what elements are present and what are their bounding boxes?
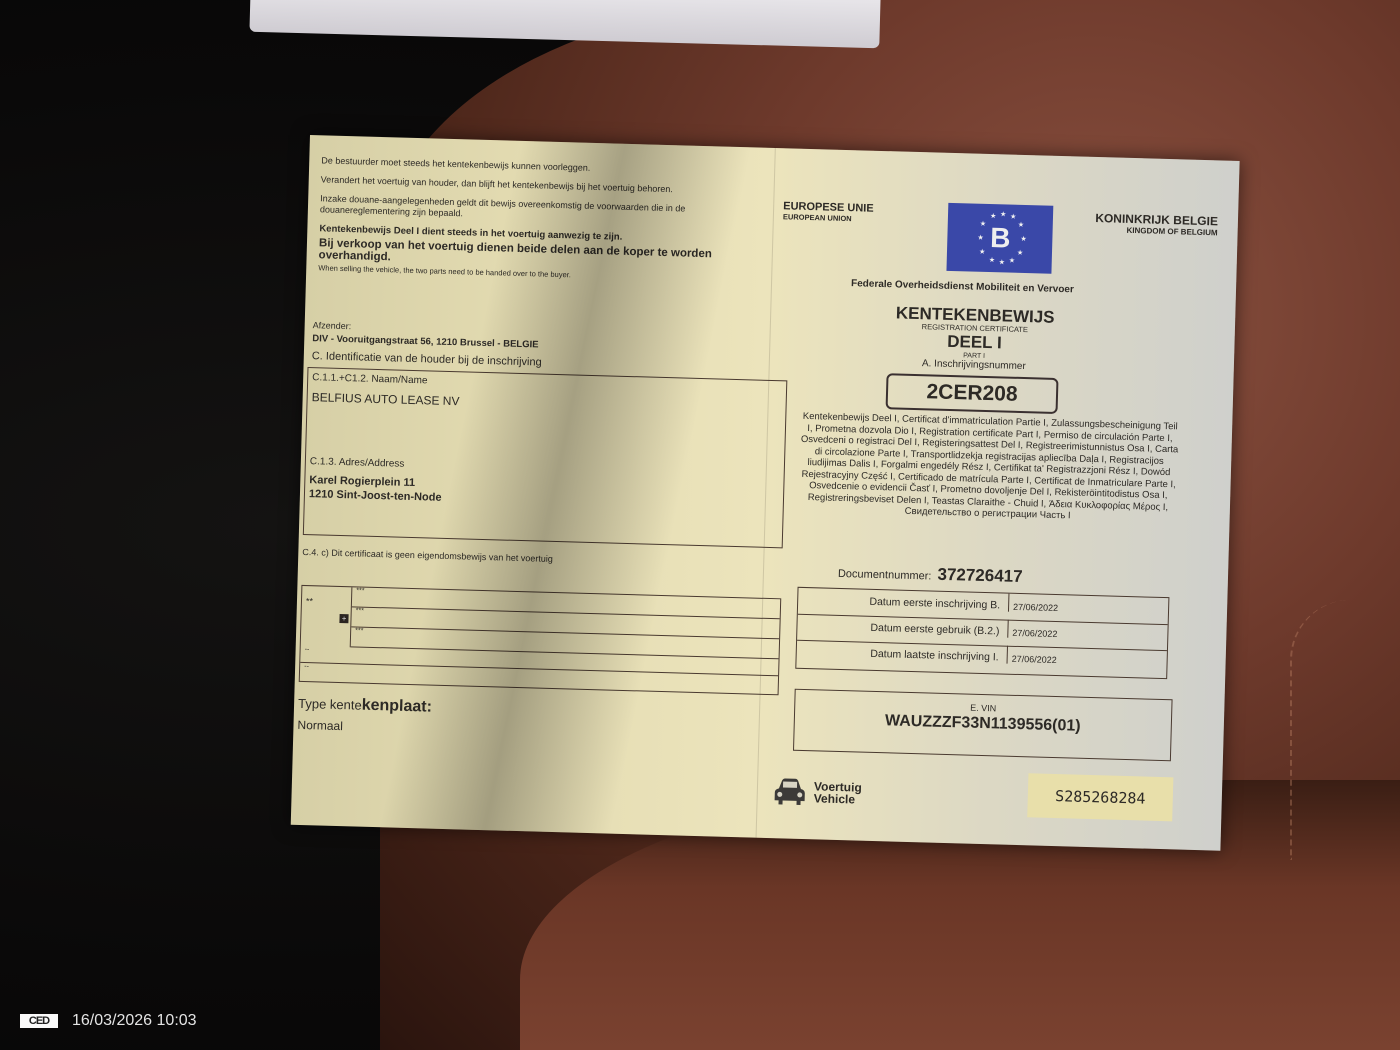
vin-box: E. VIN WAUZZZF33N1139556(01)	[793, 689, 1173, 762]
address-label: C.1.3. Adres/Address	[310, 456, 405, 470]
c4-note: C.4. c) Dit certificaat is geen eigendom…	[302, 547, 553, 564]
section-c-title: C. Identificatie van de houder bij de in…	[312, 350, 542, 368]
registration-number: 2CER208	[886, 373, 1059, 414]
vehicle-label: VoertuigVehicle	[771, 776, 862, 808]
document-title: KENTEKENBEWIJS REGISTRATION CERTIFICATE …	[864, 303, 1086, 374]
eu-flag-icon: ★★★ ★★ ★★ ★★ ★★★ B	[946, 203, 1053, 274]
multilingual-title: Kentekenbewijs Deel I, Certificat d'imma…	[798, 411, 1181, 525]
holder-box: C.1.1.+C1.2. Naam/Name BELFIUS AUTO LEAS…	[303, 367, 788, 548]
address-line-2: 1210 Sint-Joost-ten-Node	[309, 488, 442, 504]
sender-address: DIV - Vooruitgangstraat 56, 1210 Brussel…	[312, 333, 539, 350]
registration-certificate: De bestuurder moet steeds het kentekenbe…	[291, 135, 1240, 851]
document-number: Documentnummer:372726417	[838, 562, 1023, 587]
notice: De bestuurder moet steeds het kentekenbe…	[321, 155, 761, 178]
sender-label: Afzender:	[313, 320, 352, 331]
plus-icon: +	[339, 614, 348, 623]
holder-name: BELFIUS AUTO LEASE NV	[311, 390, 459, 408]
grid-box: ** + *** *** *** -- --	[299, 585, 782, 695]
car-icon	[771, 776, 808, 807]
notice: Verandert het voertuig van houder, dan b…	[321, 174, 761, 197]
authority: Federale Overheidsdienst Mobiliteit en V…	[851, 278, 1074, 295]
name-label: C.1.1.+C1.2. Naam/Name	[312, 372, 428, 386]
serial-number: S285268284	[1027, 773, 1173, 821]
notices: De bestuurder moet steeds het kentekenbe…	[318, 155, 761, 293]
photo-timestamp: 16/03/2026 10:03	[72, 1012, 197, 1030]
plate-type-value: Normaal	[297, 718, 343, 733]
camera-watermark: CED 16/03/2026 10:03	[20, 1012, 197, 1030]
eu-label: EUROPESE UNIE EUROPEAN UNION	[783, 200, 874, 224]
address-line-1: Karel Rogierplein 11	[309, 474, 415, 489]
notice: Inzake douane-aangelegenheden geldt dit …	[320, 193, 760, 227]
plate-type-label: Type kentekenplaat:	[298, 695, 432, 717]
ced-logo: CED	[20, 1014, 58, 1028]
kingdom-label: KONINKRIJK BELGIE KINGDOM OF BELGIUM	[1068, 210, 1219, 237]
dates-table: Datum eerste inschrijving B.27/06/2022 D…	[795, 587, 1169, 679]
seat-stitching	[1290, 600, 1400, 860]
